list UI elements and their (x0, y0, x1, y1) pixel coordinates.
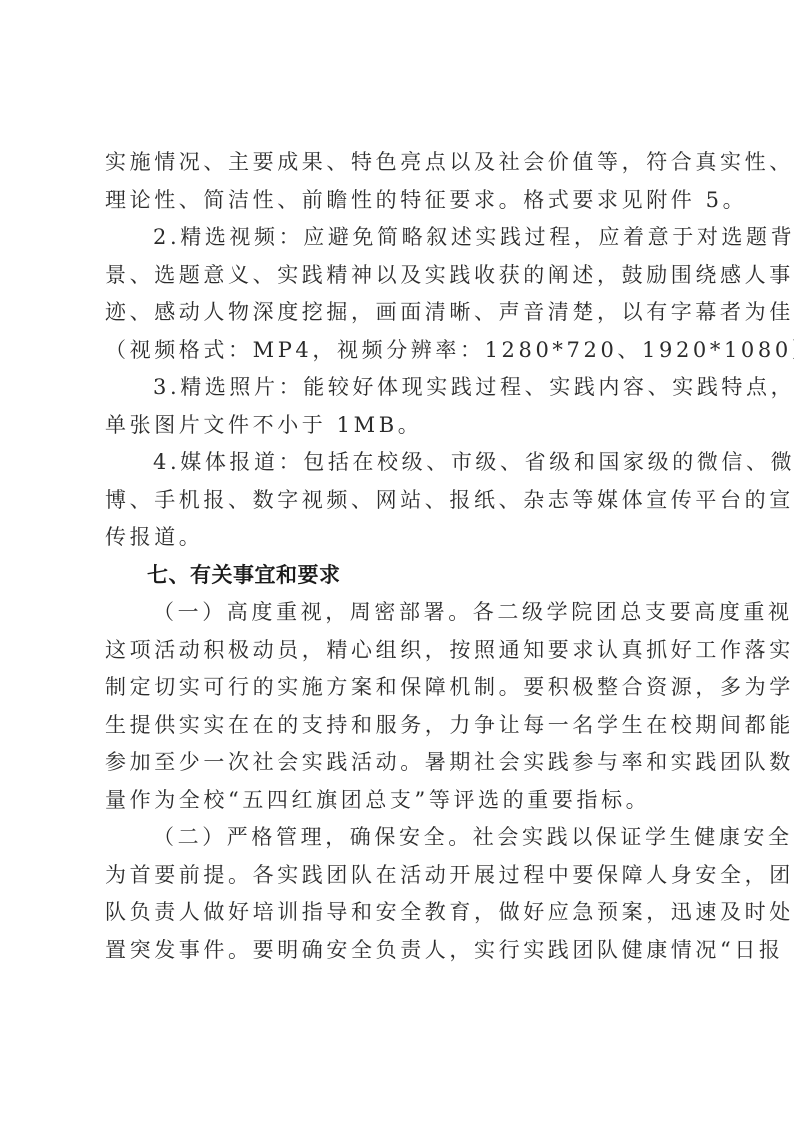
text-line: 景、选题意义、实践精神以及实践收获的阐述，鼓励围绕感人事 (105, 257, 701, 295)
text-line: 传报道。 (105, 519, 701, 557)
text-line: 生提供实实在在的支持和服务，力争让每一名学生在校期间都能 (105, 707, 701, 745)
section-heading: 七、有关事宜和要求 (105, 557, 701, 595)
text-line: 队负责人做好培训指导和安全教育，做好应急预案，迅速及时处 (105, 894, 701, 932)
text-line: （一）高度重视，周密部署。各二级学院团总支要高度重视 (105, 594, 701, 632)
text-line: 参加至少一次社会实践活动。暑期社会实践参与率和实践团队数 (105, 744, 701, 782)
text-line: 为首要前提。各实践团队在活动开展过程中要保障人身安全，团 (105, 857, 701, 895)
text-line: 2.精选视频：应避免简略叙述实践过程，应着意于对选题背 (105, 219, 701, 257)
paragraph-block-deliverables: 实施情况、主要成果、特色亮点以及社会价值等，符合真实性、理论性、简洁性、前瞻性的… (105, 144, 701, 557)
text-line: 单张图片文件不小于 1MB。 (105, 407, 701, 445)
text-line: 博、手机报、数字视频、网站、报纸、杂志等媒体宣传平台的宣 (105, 482, 701, 520)
text-line: 量作为全校“五四红旗团总支”等评选的重要指标。 (105, 782, 701, 820)
text-line: 实施情况、主要成果、特色亮点以及社会价值等，符合真实性、 (105, 144, 701, 182)
paragraph-block-requirements: （一）高度重视，周密部署。各二级学院团总支要高度重视这项活动积极动员，精心组织，… (105, 594, 701, 969)
text-line: （视频格式：MP4，视频分辨率：1280*720、1920*1080）。 (105, 332, 701, 370)
text-line: （二）严格管理，确保安全。社会实践以保证学生健康安全 (105, 819, 701, 857)
text-line: 理论性、简洁性、前瞻性的特征要求。格式要求见附件 5。 (105, 182, 701, 220)
text-line: 这项活动积极动员，精心组织，按照通知要求认真抓好工作落实， (105, 632, 701, 670)
text-line: 3.精选照片：能较好体现实践过程、实践内容、实践特点， (105, 369, 701, 407)
document-page: 实施情况、主要成果、特色亮点以及社会价值等，符合真实性、理论性、简洁性、前瞻性的… (105, 144, 701, 969)
text-line: 4.媒体报道：包括在校级、市级、省级和国家级的微信、微 (105, 444, 701, 482)
text-line: 迹、感动人物深度挖掘，画面清晰、声音清楚，以有字幕者为佳 (105, 294, 701, 332)
text-line: 置突发事件。要明确安全负责人，实行实践团队健康情况“日报 (105, 932, 701, 970)
text-line: 制定切实可行的实施方案和保障机制。要积极整合资源，多为学 (105, 669, 701, 707)
